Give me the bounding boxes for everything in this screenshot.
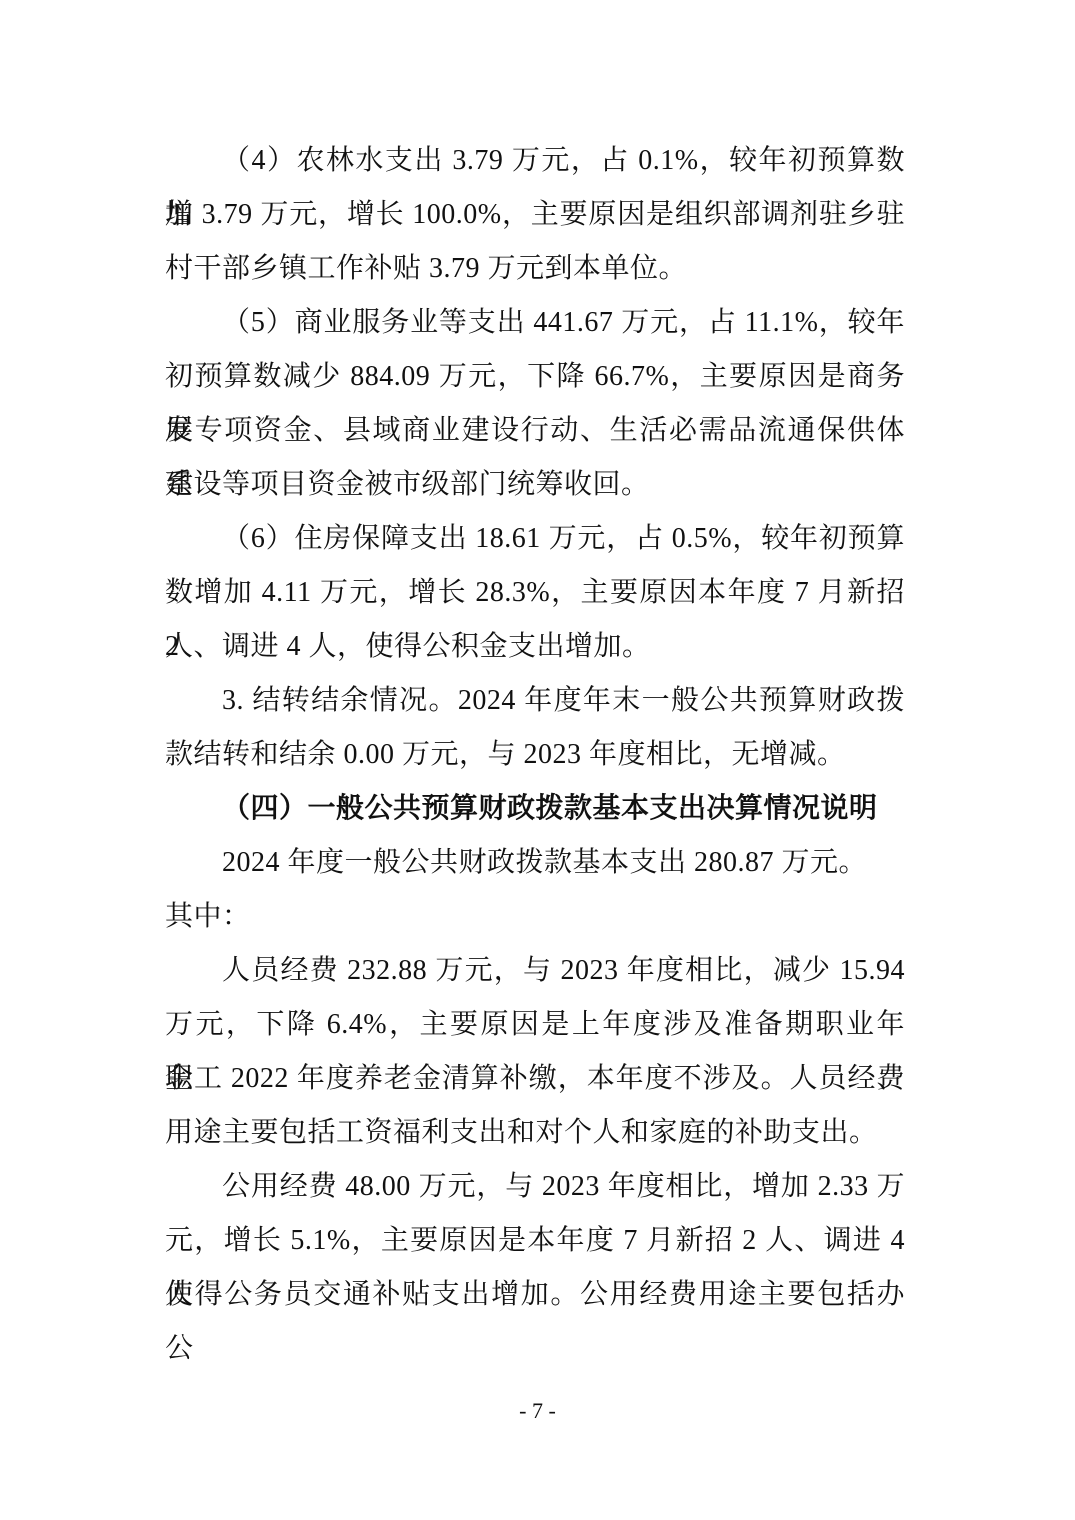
text-line: 初预算数减少 884.09 万元，下降 66.7%，主要原因是商务发 bbox=[165, 350, 905, 404]
text-line: 款结转和结余 0.00 万元，与 2023 年度相比，无增减。 bbox=[165, 728, 905, 782]
text-line: 2024 年度一般公共财政拨款基本支出 280.87 万元。 bbox=[165, 836, 905, 890]
text-line: （6）住房保障支出 18.61 万元，占 0.5%，较年初预算 bbox=[165, 512, 905, 566]
text-line: 数增加 4.11 万元，增长 28.3%，主要原因本年度 7 月新招 2 bbox=[165, 566, 905, 620]
text-line: 加 3.79 万元，增长 100.0%，主要原因是组织部调剂驻乡驻 bbox=[165, 188, 905, 242]
text-line: （4）农林水支出 3.79 万元，占 0.1%，较年初预算数增 bbox=[165, 134, 905, 188]
document-body: （4）农林水支出 3.79 万元，占 0.1%，较年初预算数增 加 3.79 万… bbox=[165, 134, 905, 1322]
document-page: （4）农林水支出 3.79 万元，占 0.1%，较年初预算数增 加 3.79 万… bbox=[0, 0, 1075, 1520]
text-line: 展专项资金、县域商业建设行动、生活必需品流通保供体系 bbox=[165, 404, 905, 458]
text-line: 建设等项目资金被市级部门统筹收回。 bbox=[165, 458, 905, 512]
text-line: 公用经费 48.00 万元，与 2023 年度相比，增加 2.33 万 bbox=[165, 1160, 905, 1214]
text-line: 使得公务员交通补贴支出增加。公用经费用途主要包括办公 bbox=[165, 1268, 905, 1322]
text-line: 用途主要包括工资福利支出和对个人和家庭的补助支出。 bbox=[165, 1106, 905, 1160]
section-heading: （四）一般公共预算财政拨款基本支出决算情况说明 bbox=[165, 782, 905, 836]
text-line: 万元，下降 6.4%，主要原因是上年度涉及准备期职业年金、 bbox=[165, 998, 905, 1052]
text-line: 3. 结转结余情况。2024 年度年末一般公共预算财政拨 bbox=[165, 674, 905, 728]
text-line: 人、调进 4 人，使得公积金支出增加。 bbox=[165, 620, 905, 674]
text-line: 人员经费 232.88 万元，与 2023 年度相比，减少 15.94 bbox=[165, 944, 905, 998]
text-line: （5）商业服务业等支出 441.67 万元，占 11.1%，较年 bbox=[165, 296, 905, 350]
page-number: - 7 - bbox=[0, 1396, 1075, 1426]
text-line: 其中： bbox=[165, 890, 905, 944]
text-line: 职工 2022 年度养老金清算补缴，本年度不涉及。人员经费 bbox=[165, 1052, 905, 1106]
text-line: 村干部乡镇工作补贴 3.79 万元到本单位。 bbox=[165, 242, 905, 296]
text-line: 元，增长 5.1%，主要原因是本年度 7 月新招 2 人、调进 4 人 bbox=[165, 1214, 905, 1268]
